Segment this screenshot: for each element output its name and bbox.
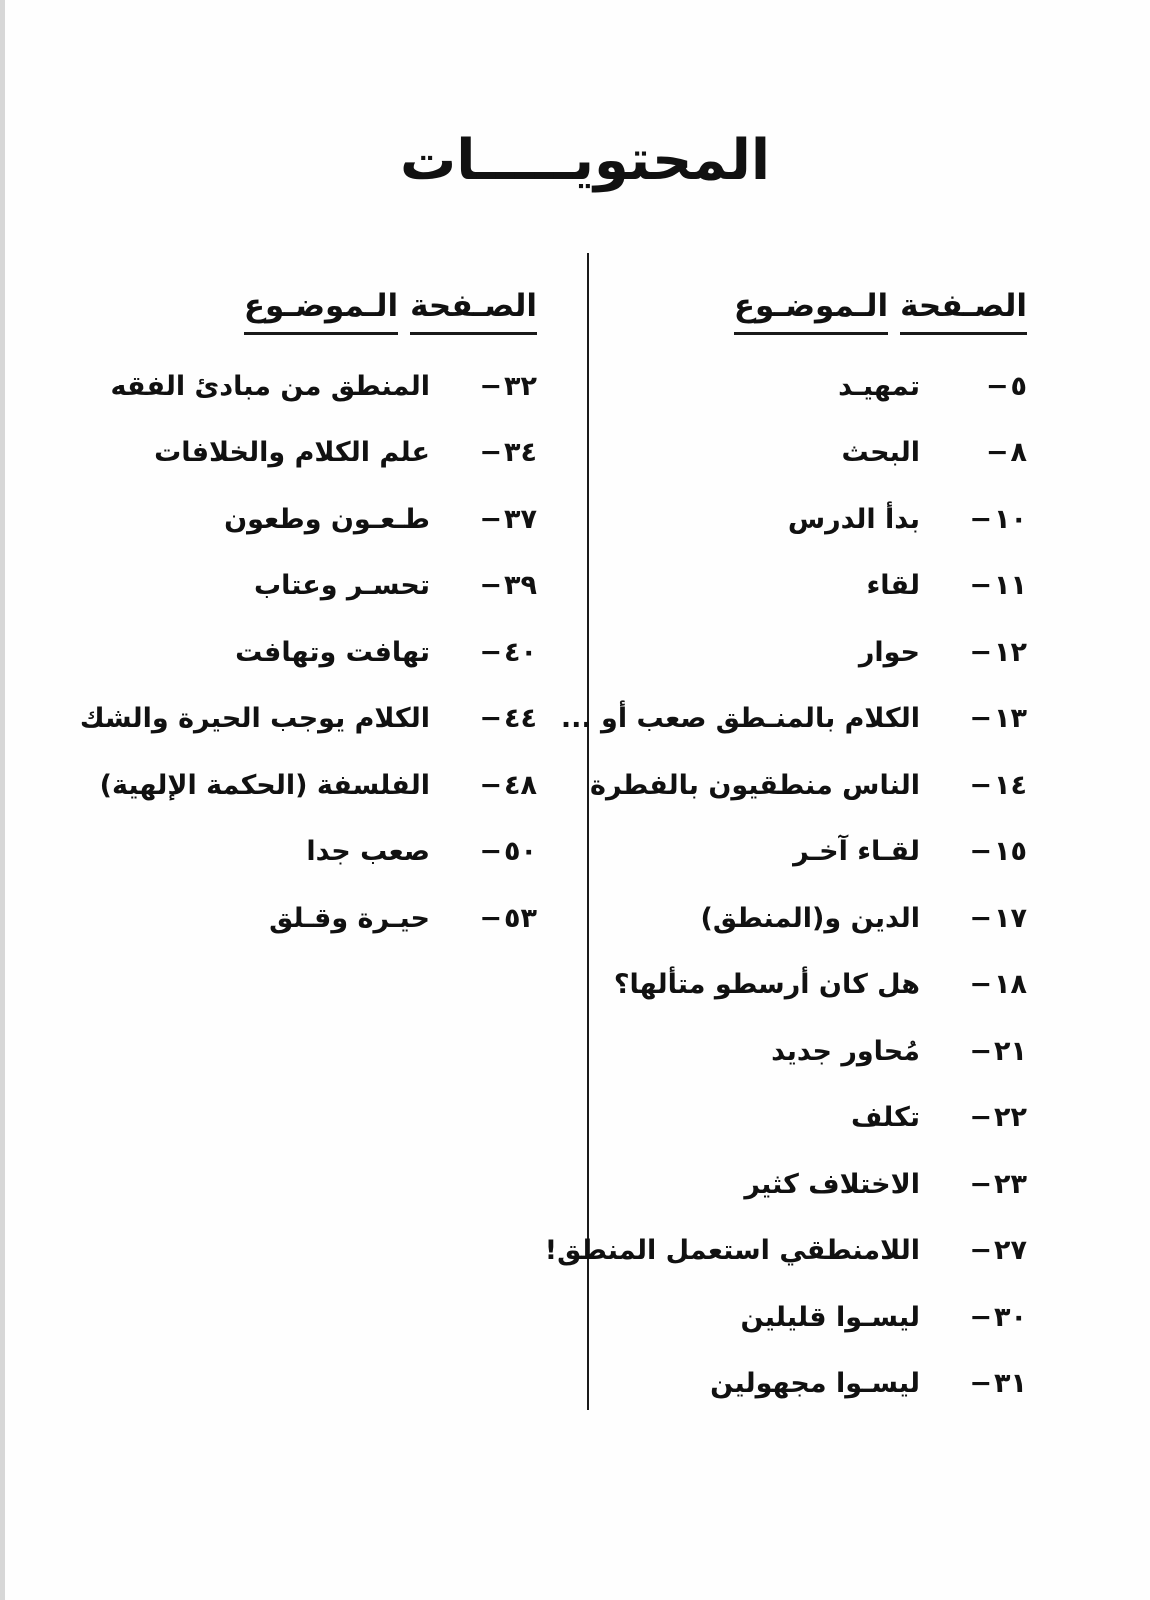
dash: − bbox=[969, 1102, 992, 1133]
toc-row: −٢٢تكلف bbox=[682, 1085, 1027, 1152]
page-number: ٥٣ bbox=[504, 903, 537, 934]
dash: − bbox=[479, 570, 502, 601]
page-cell: −٤٤ bbox=[430, 703, 537, 734]
dash: − bbox=[986, 371, 1009, 402]
toc-row: −٢١مُحاور جديد bbox=[682, 1018, 1027, 1085]
dash: − bbox=[969, 969, 992, 1000]
entry-title: المنطق من مبادئ الفقه bbox=[192, 370, 430, 404]
page-cell: −٣١ bbox=[920, 1368, 1027, 1399]
entry-title: حيـرة وقـلق bbox=[192, 902, 430, 936]
toc-header-right: الصـفحة الـموضـوع bbox=[682, 288, 1027, 335]
page-number: ٣٧ bbox=[504, 504, 537, 535]
toc-header-left: الصـفحة الـموضـوع bbox=[192, 288, 537, 335]
dash: − bbox=[986, 437, 1009, 468]
header-topic: الـموضـوع bbox=[734, 288, 888, 335]
dash: − bbox=[969, 1235, 992, 1266]
toc-row: −٢٣الاختلاف كثير bbox=[682, 1151, 1027, 1218]
toc-row: −١٢حوار bbox=[682, 619, 1027, 686]
page-cell: −٣٩ bbox=[430, 570, 537, 601]
entry-title: مُحاور جديد bbox=[682, 1035, 920, 1069]
entry-title: الناس منطقيون بالفطرة bbox=[682, 769, 920, 803]
page-number: ٢٢ bbox=[994, 1102, 1027, 1133]
page-number: ٣٠ bbox=[994, 1302, 1027, 1333]
page-cell: −٤٨ bbox=[430, 770, 537, 801]
toc-row: −٨البحث bbox=[682, 420, 1027, 487]
page-cell: −١٠ bbox=[920, 504, 1027, 535]
toc-row: −١٣الكلام بالمنـطق صعب أو ... bbox=[682, 686, 1027, 753]
entry-title: بدأ الدرس bbox=[682, 503, 920, 537]
toc-row: −٣١ليسـوا مجهولين bbox=[682, 1351, 1027, 1418]
entry-title: الدين و(المنطق) bbox=[682, 902, 920, 936]
entry-title: الكلام يوجب الحيرة والشك bbox=[192, 702, 430, 736]
toc-column-right: الصـفحة الـموضـوع −٥تمهيـد−٨البحث−١٠بدأ … bbox=[682, 288, 1027, 1417]
dash: − bbox=[479, 371, 502, 402]
dash: − bbox=[969, 1169, 992, 1200]
toc-row: −٤٨الفلسفة (الحكمة الإلهية) bbox=[192, 752, 537, 819]
entry-title: هل كان أرسطو متألها؟ bbox=[682, 968, 920, 1002]
page-number: ٣٩ bbox=[504, 570, 537, 601]
entry-title: تكلف bbox=[682, 1101, 920, 1135]
page-number: ٥ bbox=[1011, 371, 1027, 402]
toc-row: −٢٧اللامنطقي استعمل المنطق! bbox=[682, 1218, 1027, 1285]
toc-row: −٣٧طـعـون وطعون bbox=[192, 486, 537, 553]
toc-row: −١٠بدأ الدرس bbox=[682, 486, 1027, 553]
page-number: ٣٢ bbox=[504, 371, 537, 402]
entry-title: تحسـر وعتاب bbox=[192, 569, 430, 603]
toc-row: −١١لقاء bbox=[682, 553, 1027, 620]
dash: − bbox=[969, 836, 992, 867]
page-cell: −٣٤ bbox=[430, 437, 537, 468]
dash: − bbox=[969, 1302, 992, 1333]
dash: − bbox=[969, 570, 992, 601]
toc-rows-right: −٥تمهيـد−٨البحث−١٠بدأ الدرس−١١لقاء−١٢حوا… bbox=[682, 353, 1027, 1417]
page-number: ١٠ bbox=[994, 504, 1027, 535]
page-number: ٤٠ bbox=[504, 637, 537, 668]
entry-title: اللامنطقي استعمل المنطق! bbox=[682, 1234, 920, 1268]
toc-row: −١٨هل كان أرسطو متألها؟ bbox=[682, 952, 1027, 1019]
page-cell: −٣٢ bbox=[430, 371, 537, 402]
page-cell: −١٧ bbox=[920, 903, 1027, 934]
page-cell: −١٨ bbox=[920, 969, 1027, 1000]
entry-title: طـعـون وطعون bbox=[192, 503, 430, 537]
page-cell: −٢١ bbox=[920, 1036, 1027, 1067]
dash: − bbox=[969, 1368, 992, 1399]
entry-title: لقـاء آخـر bbox=[682, 835, 920, 869]
page-number: ١١ bbox=[994, 570, 1027, 601]
header-page: الصـفحة bbox=[900, 288, 1027, 335]
entry-title: صعب جدا bbox=[192, 835, 430, 869]
entry-title: لقاء bbox=[682, 569, 920, 603]
entry-title: الفلسفة (الحكمة الإلهية) bbox=[192, 769, 430, 803]
dash: − bbox=[479, 703, 502, 734]
toc-row: −٥تمهيـد bbox=[682, 353, 1027, 420]
page-number: ٥٠ bbox=[504, 836, 537, 867]
dash: − bbox=[479, 836, 502, 867]
dash: − bbox=[479, 437, 502, 468]
page-cell: −٢٧ bbox=[920, 1235, 1027, 1266]
page-number: ١٥ bbox=[994, 836, 1027, 867]
dash: − bbox=[969, 637, 992, 668]
dash: − bbox=[969, 504, 992, 535]
dash: − bbox=[479, 637, 502, 668]
page-cell: −١٣ bbox=[920, 703, 1027, 734]
toc-row: −٤٤الكلام يوجب الحيرة والشك bbox=[192, 686, 537, 753]
page-cell: −١٤ bbox=[920, 770, 1027, 801]
header-topic: الـموضـوع bbox=[244, 288, 398, 335]
entry-title: البحث bbox=[682, 436, 920, 470]
entry-title: حوار bbox=[682, 636, 920, 670]
entry-title: تمهيـد bbox=[682, 370, 920, 404]
toc-row: −٣٢المنطق من مبادئ الفقه bbox=[192, 353, 537, 420]
toc-row: −٣٩تحسـر وعتاب bbox=[192, 553, 537, 620]
toc-row: −٥٣حيـرة وقـلق bbox=[192, 885, 537, 952]
page-cell: −١١ bbox=[920, 570, 1027, 601]
toc-column-left: الصـفحة الـموضـوع −٣٢المنطق من مبادئ الف… bbox=[192, 288, 537, 952]
header-page: الصـفحة bbox=[410, 288, 537, 335]
page-cell: −٢٢ bbox=[920, 1102, 1027, 1133]
page-number: ٣١ bbox=[994, 1368, 1027, 1399]
page-number: ٢٧ bbox=[994, 1235, 1027, 1266]
page-cell: −٥٣ bbox=[430, 903, 537, 934]
entry-title: تهافت وتهافت bbox=[192, 636, 430, 670]
entry-title: الكلام بالمنـطق صعب أو ... bbox=[682, 702, 920, 736]
page-cell: −٣٠ bbox=[920, 1302, 1027, 1333]
dash: − bbox=[969, 770, 992, 801]
page-number: ٤٤ bbox=[504, 703, 537, 734]
page-cell: −١٥ bbox=[920, 836, 1027, 867]
page-cell: −٨ bbox=[920, 437, 1027, 468]
page-cell: −٤٠ bbox=[430, 637, 537, 668]
page-number: ٣٤ bbox=[504, 437, 537, 468]
dash: − bbox=[969, 1036, 992, 1067]
page-number: ١٨ bbox=[994, 969, 1027, 1000]
dash: − bbox=[969, 903, 992, 934]
scan-edge bbox=[0, 0, 5, 1600]
page-title: المحتويـــــات bbox=[335, 128, 835, 193]
toc-row: −١٥لقـاء آخـر bbox=[682, 819, 1027, 886]
page-number: ٨ bbox=[1011, 437, 1027, 468]
page-number: ١٤ bbox=[994, 770, 1027, 801]
entry-title: علم الكلام والخلافات bbox=[192, 436, 430, 470]
entry-title: ليسـوا مجهولين bbox=[682, 1367, 920, 1401]
page-number: ١٣ bbox=[994, 703, 1027, 734]
toc-rows-left: −٣٢المنطق من مبادئ الفقه−٣٤علم الكلام وا… bbox=[192, 353, 537, 952]
toc-row: −١٧الدين و(المنطق) bbox=[682, 885, 1027, 952]
entry-title: الاختلاف كثير bbox=[682, 1168, 920, 1202]
dash: − bbox=[969, 703, 992, 734]
page-number: ٤٨ bbox=[504, 770, 537, 801]
page-number: ٢١ bbox=[994, 1036, 1027, 1067]
page-cell: −١٢ bbox=[920, 637, 1027, 668]
dash: − bbox=[479, 770, 502, 801]
toc-row: −٤٠تهافت وتهافت bbox=[192, 619, 537, 686]
dash: − bbox=[479, 903, 502, 934]
toc-row: −١٤الناس منطقيون بالفطرة bbox=[682, 752, 1027, 819]
page-cell: −٥ bbox=[920, 371, 1027, 402]
toc-row: −٣٠ليسـوا قليلين bbox=[682, 1284, 1027, 1351]
dash: − bbox=[479, 504, 502, 535]
page-number: ١٧ bbox=[994, 903, 1027, 934]
toc-row: −٣٤علم الكلام والخلافات bbox=[192, 420, 537, 487]
toc-row: −٥٠صعب جدا bbox=[192, 819, 537, 886]
page-cell: −٥٠ bbox=[430, 836, 537, 867]
entry-title: ليسـوا قليلين bbox=[682, 1301, 920, 1335]
page-number: ٢٣ bbox=[994, 1169, 1027, 1200]
page-cell: −٣٧ bbox=[430, 504, 537, 535]
book-page: المحتويـــــات الصـفحة الـموضـوع −٥تمهيـ… bbox=[0, 0, 1150, 1600]
page-cell: −٢٣ bbox=[920, 1169, 1027, 1200]
page-number: ١٢ bbox=[994, 637, 1027, 668]
